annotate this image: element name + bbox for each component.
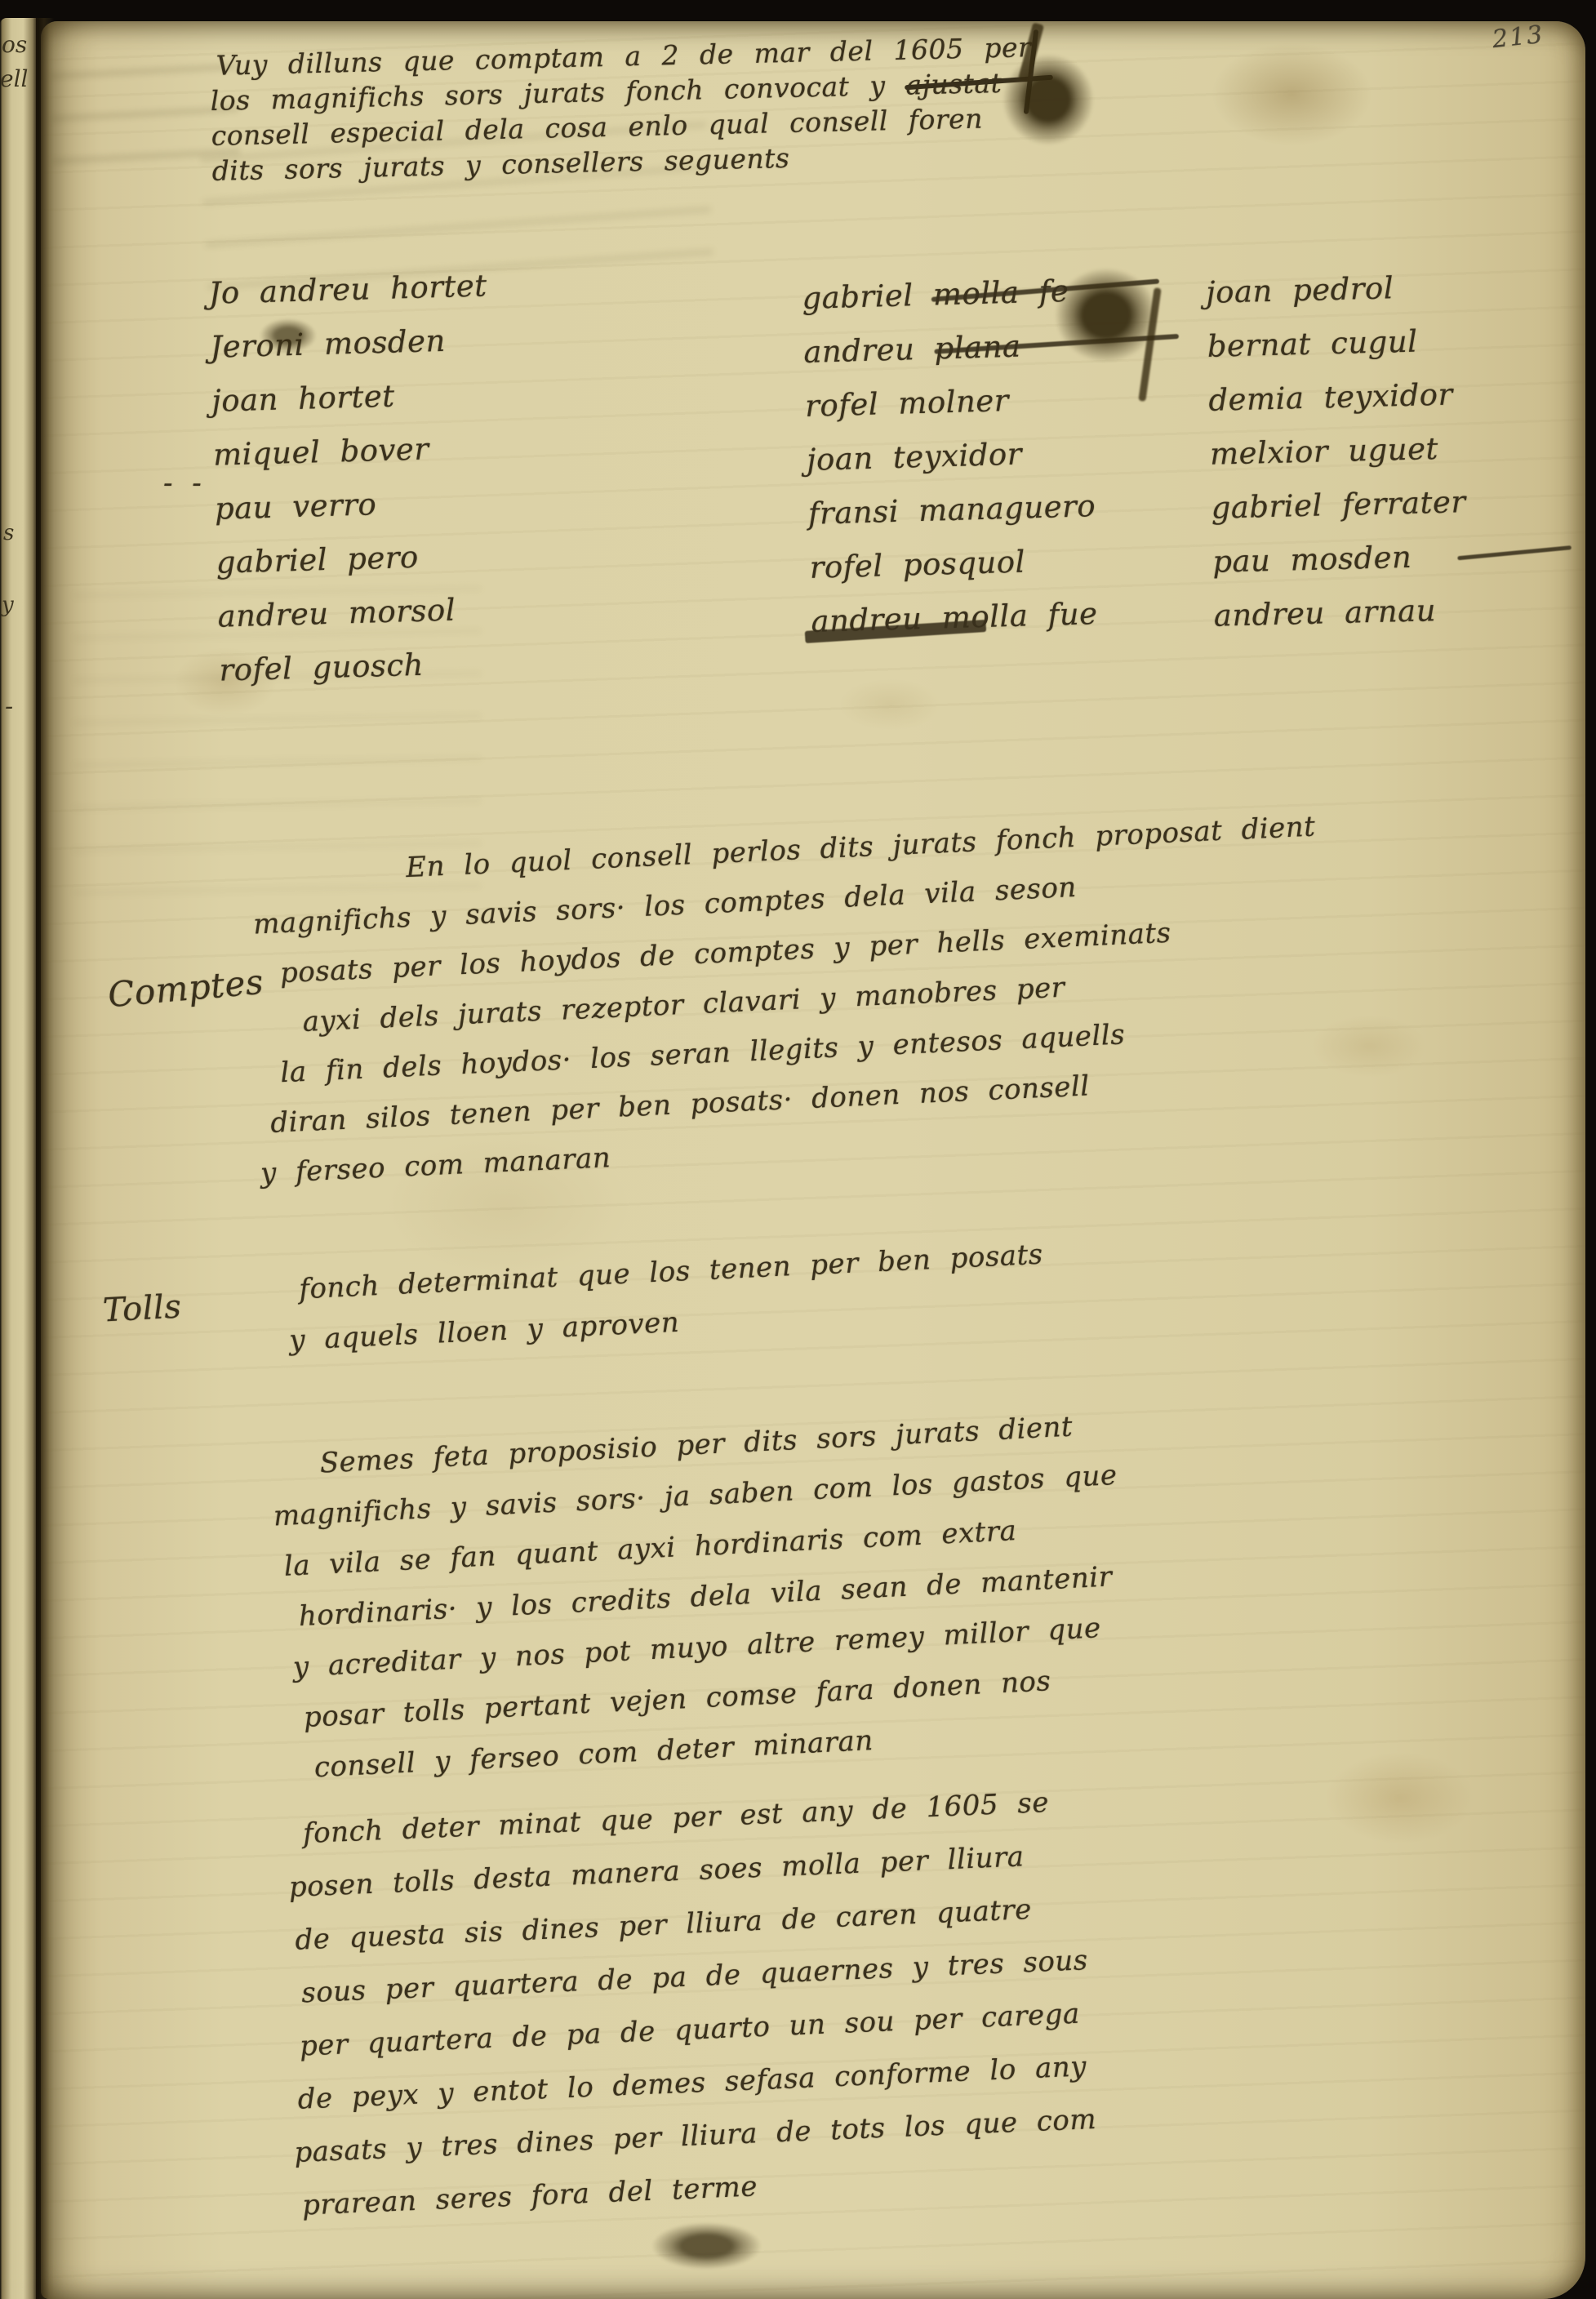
attendees-column-3: joan pedrol bernat cugul demia teyxidor … <box>1205 260 1469 643</box>
attendees-column-1: Jo andreu hortet Jeroni mosden joan hort… <box>208 259 499 697</box>
paragraph-resolution-2: fonch deter minat que per est any de 160… <box>265 1754 1596 2233</box>
attendee-name: rofel posquol <box>809 533 1098 595</box>
ink-blot <box>1003 54 1094 145</box>
attendee-name: joan hortet <box>211 367 491 428</box>
attendee-name: gabriel pero <box>216 528 496 589</box>
paragraph-tolls: Semes feta proposisio per dits sors jura… <box>265 1376 1596 1795</box>
attendee-name: andreu arnau <box>1213 583 1469 643</box>
margin-note-tolls: Tolls <box>102 1288 183 1330</box>
edge-text-fragment: y <box>2 593 14 617</box>
edge-text-fragment: s <box>3 521 14 545</box>
attendee-name: joan teyxidor <box>806 425 1095 487</box>
manuscript-photo: os ell s y - 213 Vuy dilluns que comptam… <box>0 0 1596 2299</box>
attendee-name: pau verro <box>214 474 494 536</box>
attendee-name: melxior uguet <box>1209 421 1465 482</box>
ink-blot <box>1055 268 1158 362</box>
attendee-name: andreu morsol <box>217 582 497 643</box>
attendee-name: fransi managuero <box>807 479 1096 541</box>
attendee-name: rofel molner <box>804 371 1093 434</box>
attendee-name: demia teyxidor <box>1208 367 1464 428</box>
facing-page-edge <box>0 18 38 2299</box>
edge-text-fragment: - <box>5 692 13 721</box>
edge-text-fragment: ell <box>0 65 28 92</box>
attendee-name: joan pedrol <box>1205 260 1460 320</box>
paragraph-comptes: En lo quol consell perlos dits jurats fo… <box>238 790 1591 1199</box>
attendee-name: miquel bover <box>212 420 492 482</box>
edge-text-fragment: os <box>2 31 27 58</box>
binding-gutter-shadow <box>36 18 54 2299</box>
attendee-name: gabriel ferrater <box>1211 475 1466 536</box>
attendee-name: pau mosden <box>1211 529 1467 589</box>
attendee-name: bernat cugul <box>1207 313 1462 374</box>
margin-dashes: - - <box>163 467 202 500</box>
attendee-name: Jeroni mosden <box>210 313 490 374</box>
ink-blot <box>260 318 317 353</box>
attendee-name: gabriel molla fe <box>802 264 1091 326</box>
attendee-name: rofel guosch <box>219 636 499 697</box>
ink-smudge <box>651 2222 762 2270</box>
attendee-name: Jo andreu hortet <box>208 259 488 320</box>
